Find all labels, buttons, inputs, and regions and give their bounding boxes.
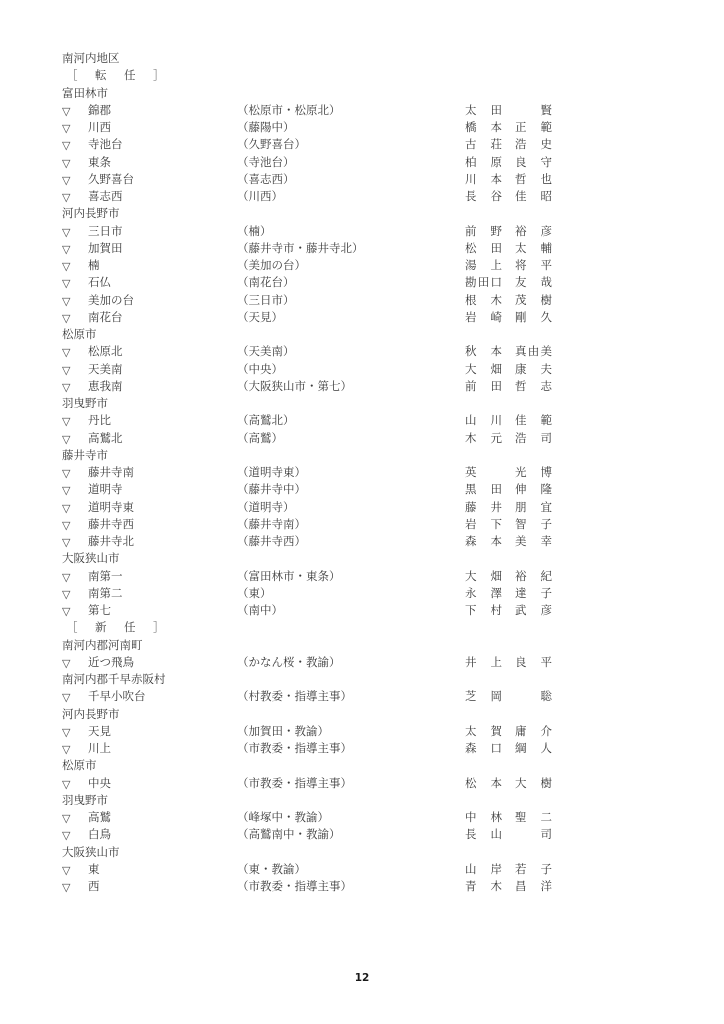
person-name: 中林聖二 (465, 810, 552, 827)
personnel-entry-row: ▽寺池台（久野喜台）古荘浩史 (62, 137, 682, 154)
person-name: 岩下智子 (465, 517, 552, 534)
personnel-entry-row: ▽藤井寺西（藤井寺南）岩下智子 (62, 517, 682, 534)
previous-post: （南花台） (237, 275, 465, 292)
school-name: 南第二 (88, 586, 237, 603)
person-name: 黒田伸隆 (465, 482, 552, 499)
city-row: 富田林市 (62, 86, 682, 103)
city-row: 松原市 (62, 327, 682, 344)
down-triangle-marker-icon: ▽ (62, 689, 88, 706)
down-triangle-marker-icon: ▽ (62, 810, 88, 827)
city-row: 羽曳野市 (62, 793, 682, 810)
city-row: 大阪狭山市 (62, 845, 682, 862)
personnel-entry-row: ▽西（市教委・指導主事）青木昌洋 (62, 879, 682, 896)
previous-post: （かなん桜・教諭） (237, 655, 465, 672)
school-name: 藤井寺北 (88, 534, 237, 551)
family-name: 川本 (465, 172, 502, 189)
school-name: 東条 (88, 155, 237, 172)
given-name: 裕紀 (515, 569, 552, 586)
given-name: 昌洋 (515, 879, 552, 896)
region-row: 南河内地区 (62, 51, 682, 68)
person-name: 根木茂樹 (465, 293, 552, 310)
school-name: 藤井寺南 (88, 465, 237, 482)
family-name: 森口 (465, 741, 502, 758)
person-name: 青木昌洋 (465, 879, 552, 896)
personnel-entry-row: ▽南第二（東）永澤達子 (62, 586, 682, 603)
school-name: 西 (88, 879, 237, 896)
personnel-entry-row: ▽天見（加賀田・教諭）太賀庸介 (62, 724, 682, 741)
personnel-entry-row: ▽川西（藤陽中）橋本正範 (62, 120, 682, 137)
down-triangle-marker-icon: ▽ (62, 362, 88, 379)
person-name: 川本哲也 (465, 172, 552, 189)
given-name: 剛久 (515, 310, 552, 327)
given-name: 賢 (515, 103, 552, 120)
school-name: 恵我南 (88, 379, 237, 396)
given-name: 真由美 (515, 344, 552, 361)
personnel-entry-row: ▽恵我南（大阪狭山市・第七）前田哲志 (62, 379, 682, 396)
personnel-entry-row: ▽加賀田（藤井寺市・藤井寺北）松田太輔 (62, 241, 682, 258)
school-name: 中央 (88, 776, 237, 793)
personnel-entry-row: ▽錦郡（松原市・松原北）太田 賢 (62, 103, 682, 120)
family-name: 大畑 (465, 569, 502, 586)
down-triangle-marker-icon: ▽ (62, 224, 88, 241)
school-name: 道明寺東 (88, 500, 237, 517)
city-label: 羽曳野市 (62, 795, 108, 807)
down-triangle-marker-icon: ▽ (62, 862, 88, 879)
down-triangle-marker-icon: ▽ (62, 776, 88, 793)
down-triangle-marker-icon: ▽ (62, 258, 88, 275)
city-row: 大阪狭山市 (62, 551, 682, 568)
family-name: 根木 (465, 293, 502, 310)
person-name: 下村武彦 (465, 603, 552, 620)
given-name: 哲也 (515, 172, 552, 189)
given-name: 佳昭 (515, 189, 552, 206)
school-name: 南第一 (88, 569, 237, 586)
school-name: 千早小吹台 (88, 689, 237, 706)
personnel-entry-row: ▽松原北（天美南）秋本真由美 (62, 344, 682, 361)
previous-post: （道明寺東） (237, 465, 465, 482)
person-name: 勘田口友哉 (465, 275, 552, 292)
family-name: 岩崎 (465, 310, 502, 327)
down-triangle-marker-icon: ▽ (62, 827, 88, 844)
given-name: 伸隆 (515, 482, 552, 499)
personnel-entry-row: ▽楠（美加の台）湯上将平 (62, 258, 682, 275)
previous-post: （市教委・指導主事） (237, 741, 465, 758)
given-name: 良守 (515, 155, 552, 172)
person-name: 森本美幸 (465, 534, 552, 551)
personnel-entry-row: ▽第七（南中）下村武彦 (62, 603, 682, 620)
down-triangle-marker-icon: ▽ (62, 603, 88, 620)
school-name: 高鷲 (88, 810, 237, 827)
family-name: 井上 (465, 655, 502, 672)
personnel-entry-row: ▽東条（寺池台）柏原良守 (62, 155, 682, 172)
previous-post: （富田林市・東条） (237, 569, 465, 586)
given-name: 聡 (515, 689, 552, 706)
given-name: 良平 (515, 655, 552, 672)
given-name: 庸介 (515, 724, 552, 741)
family-name: 木元 (465, 431, 502, 448)
given-name: 浩司 (515, 431, 552, 448)
city-label: 河内長野市 (62, 709, 120, 721)
city-label: 松原市 (62, 329, 97, 341)
family-name: 芝岡 (465, 689, 502, 706)
down-triangle-marker-icon: ▽ (62, 465, 88, 482)
down-triangle-marker-icon: ▽ (62, 310, 88, 327)
city-label: 大阪狭山市 (62, 553, 120, 565)
previous-post: （藤井寺市・藤井寺北） (237, 241, 465, 258)
previous-post: （東・教諭） (237, 862, 465, 879)
personnel-entry-row: ▽近つ飛鳥（かなん桜・教諭）井上良平 (62, 655, 682, 672)
down-triangle-marker-icon: ▽ (62, 655, 88, 672)
down-triangle-marker-icon: ▽ (62, 155, 88, 172)
personnel-entry-row: ▽石仏（南花台）勘田口友哉 (62, 275, 682, 292)
given-name: 友哉 (515, 275, 552, 292)
previous-post: （楠） (237, 224, 465, 241)
person-name: 山川佳範 (465, 413, 552, 430)
person-name: 太田 賢 (465, 103, 552, 120)
previous-post: （大阪狭山市・第七） (237, 379, 465, 396)
person-name: 前野裕彦 (465, 224, 552, 241)
person-name: 古荘浩史 (465, 137, 552, 154)
personnel-entry-row: ▽南花台（天見）岩崎剛久 (62, 310, 682, 327)
city-row: 南河内郡河南町 (62, 638, 682, 655)
school-name: 第七 (88, 603, 237, 620)
region-label: 南河内地区 (62, 53, 120, 65)
given-name: 浩史 (515, 137, 552, 154)
down-triangle-marker-icon: ▽ (62, 103, 88, 120)
person-name: 長谷佳昭 (465, 189, 552, 206)
down-triangle-marker-icon: ▽ (62, 879, 88, 896)
down-triangle-marker-icon: ▽ (62, 569, 88, 586)
family-name: 森本 (465, 534, 502, 551)
personnel-entry-row: ▽美加の台（三日市）根木茂樹 (62, 293, 682, 310)
down-triangle-marker-icon: ▽ (62, 431, 88, 448)
city-row: 河内長野市 (62, 707, 682, 724)
school-name: 天見 (88, 724, 237, 741)
school-name: 喜志西 (88, 189, 237, 206)
down-triangle-marker-icon: ▽ (62, 344, 88, 361)
previous-post: （南中） (237, 603, 465, 620)
previous-post: （寺池台） (237, 155, 465, 172)
family-name: 英 (465, 465, 502, 482)
family-name: 柏原 (465, 155, 502, 172)
family-name: 山川 (465, 413, 502, 430)
previous-post: （松原市・松原北） (237, 103, 465, 120)
person-name: 岩崎剛久 (465, 310, 552, 327)
family-name: 山岸 (465, 862, 502, 879)
down-triangle-marker-icon: ▽ (62, 137, 88, 154)
family-name: 永澤 (465, 586, 502, 603)
down-triangle-marker-icon: ▽ (62, 741, 88, 758)
family-name: 藤井 (465, 500, 502, 517)
previous-post: （川西） (237, 189, 465, 206)
down-triangle-marker-icon: ▽ (62, 172, 88, 189)
down-triangle-marker-icon: ▽ (62, 241, 88, 258)
previous-post: （藤陽中） (237, 120, 465, 137)
city-row: 藤井寺市 (62, 448, 682, 465)
down-triangle-marker-icon: ▽ (62, 189, 88, 206)
given-name: 太輔 (515, 241, 552, 258)
person-name: 橋本正範 (465, 120, 552, 137)
school-name: 丹比 (88, 413, 237, 430)
given-name: 哲志 (515, 379, 552, 396)
given-name: 美幸 (515, 534, 552, 551)
school-name: 東 (88, 862, 237, 879)
previous-post: （峰塚中・教諭） (237, 810, 465, 827)
city-row: 南河内郡千早赤阪村 (62, 672, 682, 689)
family-name: 湯上 (465, 258, 502, 275)
family-name: 太田 (465, 103, 502, 120)
school-name: 南花台 (88, 310, 237, 327)
given-name: 綱人 (515, 741, 552, 758)
down-triangle-marker-icon: ▽ (62, 413, 88, 430)
previous-post: （村教委・指導主事） (237, 689, 465, 706)
person-name: 松本大樹 (465, 776, 552, 793)
down-triangle-marker-icon: ▽ (62, 379, 88, 396)
person-name: 前田哲志 (465, 379, 552, 396)
person-name: 長山 司 (465, 827, 552, 844)
school-name: 高鷲北 (88, 431, 237, 448)
person-name: 山岸若子 (465, 862, 552, 879)
given-name: 茂樹 (515, 293, 552, 310)
given-name: 智子 (515, 517, 552, 534)
previous-post: （道明寺） (237, 500, 465, 517)
city-label: 藤井寺市 (62, 450, 108, 462)
person-name: 芝岡 聡 (465, 689, 552, 706)
previous-post: （加賀田・教諭） (237, 724, 465, 741)
school-name: 天美南 (88, 362, 237, 379)
family-name: 古荘 (465, 137, 502, 154)
down-triangle-marker-icon: ▽ (62, 482, 88, 499)
school-name: 楠 (88, 258, 237, 275)
family-name: 黒田 (465, 482, 502, 499)
given-name: 佳範 (515, 413, 552, 430)
given-name: 若子 (515, 862, 552, 879)
school-name: 藤井寺西 (88, 517, 237, 534)
school-name: 近つ飛鳥 (88, 655, 237, 672)
down-triangle-marker-icon: ▽ (62, 293, 88, 310)
person-name: 森口綱人 (465, 741, 552, 758)
person-name: 藤井朋宜 (465, 500, 552, 517)
personnel-entry-row: ▽藤井寺南（道明寺東）英光博 (62, 465, 682, 482)
city-label: 南河内郡河南町 (62, 640, 143, 652)
previous-post: （美加の台） (237, 258, 465, 275)
person-name: 秋本真由美 (465, 344, 552, 361)
personnel-entry-row: ▽道明寺（藤井寺中）黒田伸隆 (62, 482, 682, 499)
school-name: 久野喜台 (88, 172, 237, 189)
previous-post: （天美南） (237, 344, 465, 361)
down-triangle-marker-icon: ▽ (62, 534, 88, 551)
previous-post: （市教委・指導主事） (237, 776, 465, 793)
city-label: 河内長野市 (62, 208, 120, 220)
page-number: 12 (0, 972, 724, 984)
down-triangle-marker-icon: ▽ (62, 500, 88, 517)
personnel-entry-row: ▽川上（市教委・指導主事）森口綱人 (62, 741, 682, 758)
personnel-entry-row: ▽南第一（富田林市・東条）大畑裕紀 (62, 569, 682, 586)
person-name: 湯上将平 (465, 258, 552, 275)
family-name: 松本 (465, 776, 502, 793)
family-name: 長谷 (465, 189, 502, 206)
previous-post: （市教委・指導主事） (237, 879, 465, 896)
previous-post: （三日市） (237, 293, 465, 310)
down-triangle-marker-icon: ▽ (62, 724, 88, 741)
school-name: 加賀田 (88, 241, 237, 258)
city-label: 南河内郡千早赤阪村 (62, 674, 166, 686)
person-name: 松田太輔 (465, 241, 552, 258)
family-name: 前野 (465, 224, 502, 241)
personnel-entry-row: ▽久野喜台（喜志西）川本哲也 (62, 172, 682, 189)
school-name: 石仏 (88, 275, 237, 292)
given-name: 司 (515, 827, 552, 844)
down-triangle-marker-icon: ▽ (62, 586, 88, 603)
city-label: 松原市 (62, 760, 97, 772)
school-name: 寺池台 (88, 137, 237, 154)
personnel-entry-row: ▽道明寺東（道明寺）藤井朋宜 (62, 500, 682, 517)
city-row: 松原市 (62, 758, 682, 775)
given-name: 朋宜 (515, 500, 552, 517)
school-name: 白鳥 (88, 827, 237, 844)
personnel-entry-row: ▽喜志西（川西）長谷佳昭 (62, 189, 682, 206)
family-name: 長山 (465, 827, 502, 844)
previous-post: （高鷲南中・教諭） (237, 827, 465, 844)
family-name: 勘田口 (465, 275, 502, 292)
school-name: 道明寺 (88, 482, 237, 499)
previous-post: （久野喜台） (237, 137, 465, 154)
given-name: 大樹 (515, 776, 552, 793)
previous-post: （喜志西） (237, 172, 465, 189)
personnel-entry-row: ▽丹比（高鷲北）山川佳範 (62, 413, 682, 430)
previous-post: （東） (237, 586, 465, 603)
school-name: 川西 (88, 120, 237, 137)
personnel-entry-row: ▽千早小吹台（村教委・指導主事）芝岡 聡 (62, 689, 682, 706)
school-name: 松原北 (88, 344, 237, 361)
family-name: 大畑 (465, 362, 502, 379)
personnel-entry-row: ▽三日市（楠）前野裕彦 (62, 224, 682, 241)
given-name: 達子 (515, 586, 552, 603)
given-name: 康夫 (515, 362, 552, 379)
family-name: 太賀 (465, 724, 502, 741)
person-name: 柏原良守 (465, 155, 552, 172)
down-triangle-marker-icon: ▽ (62, 275, 88, 292)
previous-post: （中央） (237, 362, 465, 379)
school-name: 美加の台 (88, 293, 237, 310)
family-name: 松田 (465, 241, 502, 258)
school-name: 錦郡 (88, 103, 237, 120)
city-label: 羽曳野市 (62, 398, 108, 410)
previous-post: （天見） (237, 310, 465, 327)
given-name: 将平 (515, 258, 552, 275)
heading-row: ［ 新 任 ］ (62, 620, 682, 637)
given-name: 聖二 (515, 810, 552, 827)
person-name: 太賀庸介 (465, 724, 552, 741)
school-name: 川上 (88, 741, 237, 758)
personnel-entry-row: ▽天美南（中央）大畑康夫 (62, 362, 682, 379)
down-triangle-marker-icon: ▽ (62, 517, 88, 534)
heading-row: ［ 転 任 ］ (62, 68, 682, 85)
person-name: 英光博 (465, 465, 552, 482)
previous-post: （高鷲） (237, 431, 465, 448)
city-row: 河内長野市 (62, 206, 682, 223)
given-name: 武彦 (515, 603, 552, 620)
person-name: 木元浩司 (465, 431, 552, 448)
down-triangle-marker-icon: ▽ (62, 120, 88, 137)
personnel-entry-row: ▽藤井寺北（藤井寺西）森本美幸 (62, 534, 682, 551)
family-name: 下村 (465, 603, 502, 620)
city-label: 富田林市 (62, 88, 108, 100)
city-label: 大阪狭山市 (62, 847, 120, 859)
person-name: 大畑康夫 (465, 362, 552, 379)
previous-post: （藤井寺南） (237, 517, 465, 534)
family-name: 青木 (465, 879, 502, 896)
family-name: 岩下 (465, 517, 502, 534)
given-name: 光博 (515, 465, 552, 482)
document-page: 南河内地区［ 転 任 ］富田林市▽錦郡（松原市・松原北）太田 賢▽川西（藤陽中）… (0, 0, 724, 1024)
heading-label: ［ 転 任 ］ (62, 70, 168, 82)
personnel-entry-row: ▽高鷲北（高鷲）木元浩司 (62, 431, 682, 448)
personnel-entry-row: ▽高鷲（峰塚中・教諭）中林聖二 (62, 810, 682, 827)
city-row: 羽曳野市 (62, 396, 682, 413)
person-name: 井上良平 (465, 655, 552, 672)
personnel-entry-row: ▽中央（市教委・指導主事）松本大樹 (62, 776, 682, 793)
heading-label: ［ 新 任 ］ (62, 622, 168, 634)
person-name: 永澤達子 (465, 586, 552, 603)
person-name: 大畑裕紀 (465, 569, 552, 586)
personnel-entry-row: ▽東（東・教諭）山岸若子 (62, 862, 682, 879)
school-name: 三日市 (88, 224, 237, 241)
personnel-transfer-list: 南河内地区［ 転 任 ］富田林市▽錦郡（松原市・松原北）太田 賢▽川西（藤陽中）… (62, 51, 682, 896)
previous-post: （高鷲北） (237, 413, 465, 430)
given-name: 裕彦 (515, 224, 552, 241)
given-name: 正範 (515, 120, 552, 137)
previous-post: （藤井寺西） (237, 534, 465, 551)
family-name: 秋本 (465, 344, 502, 361)
family-name: 橋本 (465, 120, 502, 137)
family-name: 前田 (465, 379, 502, 396)
personnel-entry-row: ▽白鳥（高鷲南中・教諭）長山 司 (62, 827, 682, 844)
previous-post: （藤井寺中） (237, 482, 465, 499)
family-name: 中林 (465, 810, 502, 827)
